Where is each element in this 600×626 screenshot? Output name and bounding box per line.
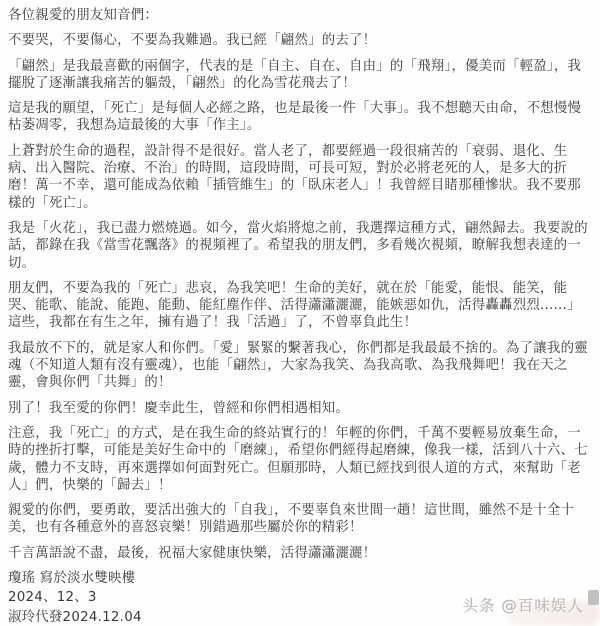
watermark: 头条 @百味娱人 xyxy=(420,588,600,626)
paragraph: 不要哭，不要傷心，不要為我難過。我已經「翩然」的去了！ xyxy=(8,32,593,49)
watermark-text: 头条 @百味娱人 xyxy=(463,594,584,616)
paragraph: 別了！我至愛的你們！慶幸此生，曾經和你們相遇相知。 xyxy=(8,400,593,417)
salutation: 各位親愛的朋友知音們： xyxy=(8,7,593,24)
letter-page: 各位親愛的朋友知音們： 不要哭，不要傷心，不要為我難過。我已經「翩然」的去了！ … xyxy=(0,0,600,626)
paragraph: 注意，我「死亡」的方式，是在我生命的終站實行的！年輕的你們，千萬不要輕易放棄生命… xyxy=(8,425,593,494)
paragraph: 朋友們，不要為我的「死亡」悲哀，為我笑吧！生命的美好，就在於「能愛，能恨、能笑，… xyxy=(8,280,593,332)
paragraph: 親愛的你們，要勇敢，要活出強大的「自我」，不要辜負來世間一趟！這世間，雖然不是十… xyxy=(8,502,593,537)
signature-author: 瓊瑤 寫於淡水雙映樓 xyxy=(8,570,593,587)
toutiao-logo-icon xyxy=(588,590,599,605)
paragraph: 我最放不下的，就是家人和你們。「愛」緊緊的繫著我心，你們都是我最最不捨的。為了讓… xyxy=(8,340,593,392)
paragraph: 這是我的願望，「死亡」是每個人必經之路，也是最後一件「大事」。我不想聽天由命，不… xyxy=(8,100,593,135)
paragraph: 我是「火花」，我已盡力燃燒過。如今，當火焰將熄之前，我選擇這種方式，翩然歸去。我… xyxy=(8,220,593,272)
paragraph: 「翩然」是我最喜歡的兩個字，代表的是「自主、自在、自由」的「飛翔」，優美而「輕盈… xyxy=(8,58,593,93)
letter-body: 各位親愛的朋友知音們： 不要哭，不要傷心，不要為我難過。我已經「翩然」的去了！ … xyxy=(8,7,593,626)
paragraph: 千言萬語說不盡，最後，祝福大家健康快樂，活得瀟瀟灑灑！ xyxy=(8,545,593,562)
paragraph: 上蒼對於生命的過程，設計得不是很好。當人老了，都要經過一段很痛苦的「衰弱、退化、… xyxy=(8,143,593,212)
